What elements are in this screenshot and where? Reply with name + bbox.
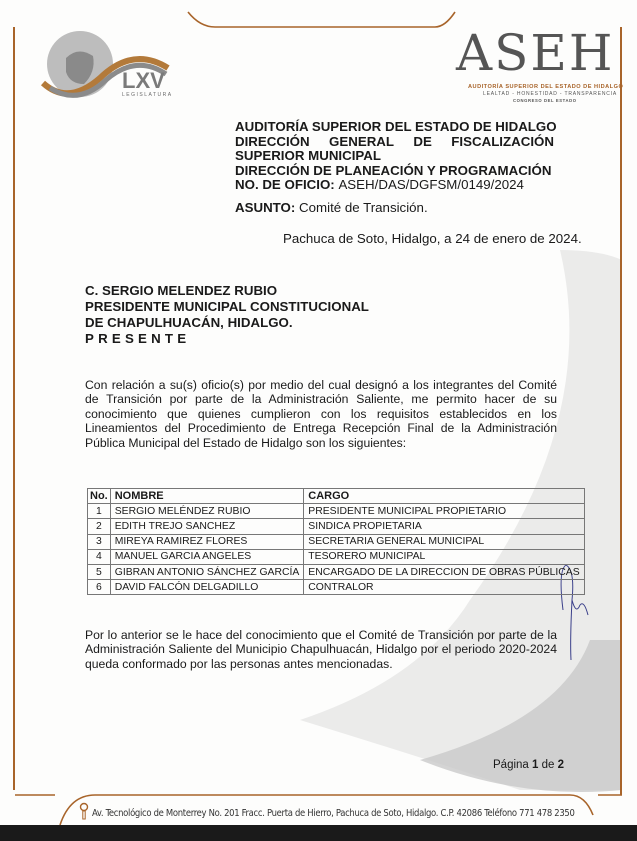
recipient-location: DE CHAPULHUACÁN, HIDALGO. [85,315,369,331]
location-pin-icon [79,802,89,820]
header-word: FISCALIZACIÓN [451,135,554,150]
cell-nombre: DAVID FALCÓN DELGADILLO [110,580,304,595]
cell-cargo: SECRETARIA GENERAL MUNICIPAL [304,534,584,549]
recipient-position: PRESIDENTE MUNICIPAL CONSTITUCIONAL [85,299,369,315]
column-header-nombre: NOMBRE [110,489,304,504]
table-row: 2EDITH TREJO SANCHEZSINDICA PROPIETARIA [88,519,585,534]
cell-no: 1 [88,504,111,519]
recipient-name: C. SERGIO MELENDEZ RUBIO [85,283,369,299]
page-prefix: Página [493,759,529,771]
body-paragraph-2: Por lo anterior se le hace del conocimie… [85,628,557,671]
header-word: GENERAL [329,135,394,150]
svg-text:LEGISLATURA: LEGISLATURA [122,92,173,98]
header-word: DE [413,135,431,150]
table-row: 5GIBRAN ANTONIO SÁNCHEZ GARCÍAENCARGADO … [88,564,585,579]
cell-cargo: ENCARGADO DE LA DIRECCION DE OBRAS PÚBLI… [304,564,584,579]
svg-text:LXV: LXV [122,68,165,93]
frame-right-line [620,27,622,795]
cell-no: 5 [88,564,111,579]
column-header-no: No. [88,489,111,504]
page-sep: de [542,759,555,771]
column-header-cargo: CARGO [304,489,584,504]
oficio-label: NO. DE OFICIO: [235,177,335,192]
aseh-congress: CONGRESO DEL ESTADO [513,98,577,103]
aseh-acronym: ASEH [456,24,614,82]
cell-cargo: SINDICA PROPIETARIA [304,519,584,534]
frame-left-line [13,27,15,790]
oficio-value: ASEH/DAS/DGFSM/0149/2024 [338,177,524,192]
cell-nombre: MIREYA RAMIREZ FLORES [110,534,304,549]
page-total: 2 [558,759,564,771]
recipient-block: C. SERGIO MELENDEZ RUBIO PRESIDENTE MUNI… [85,283,369,347]
header-line-1: AUDITORÍA SUPERIOR DEL ESTADO DE HIDALGO [235,120,554,135]
aseh-name: AUDITORÍA SUPERIOR DEL ESTADO DE HIDALGO [468,84,623,90]
body-paragraph-1: Con relación a su(s) oficio(s) por medio… [85,378,557,450]
asunto-label: ASUNTO: [235,200,295,215]
cell-nombre: MANUEL GARCIA ANGELES [110,549,304,564]
table-header-row: No. NOMBRE CARGO [88,489,585,504]
oficio-number: NO. DE OFICIO: ASEH/DAS/DGFSM/0149/2024 [235,178,554,193]
cell-cargo: CONTRALOR [304,580,584,595]
page-current: 1 [532,759,538,771]
table-row: 6DAVID FALCÓN DELGADILLOCONTRALOR [88,580,585,595]
asunto: ASUNTO: Comité de Transición. [235,200,428,215]
cell-nombre: SERGIO MELÉNDEZ RUBIO [110,504,304,519]
header-line-3: SUPERIOR MUNICIPAL [235,149,554,164]
cell-cargo: TESORERO MUNICIPAL [304,549,584,564]
viewer-bottom-bar [0,825,637,841]
cell-nombre: EDITH TREJO SANCHEZ [110,519,304,534]
cell-no: 3 [88,534,111,549]
cell-nombre: GIBRAN ANTONIO SÁNCHEZ GARCÍA [110,564,304,579]
header-word: DIRECCIÓN [235,135,310,150]
date-line: Pachuca de Soto, Hidalgo, a 24 de enero … [283,231,582,246]
aseh-logo: ASEH AUDITORÍA SUPERIOR DEL ESTADO DE HI… [440,26,615,106]
cell-no: 6 [88,580,111,595]
document-header: AUDITORÍA SUPERIOR DEL ESTADO DE HIDALGO… [235,120,554,193]
cell-cargo: PRESIDENTE MUNICIPAL PROPIETARIO [304,504,584,519]
cell-no: 4 [88,549,111,564]
page-number: Página 1 de 2 [493,759,564,771]
table-row: 1SERGIO MELÉNDEZ RUBIOPRESIDENTE MUNICIP… [88,504,585,519]
asunto-value: Comité de Transición. [299,200,428,215]
cell-no: 2 [88,519,111,534]
header-line-2: DIRECCIÓN GENERAL DE FISCALIZACIÓN [235,135,554,150]
table-row: 4MANUEL GARCIA ANGELESTESORERO MUNICIPAL [88,549,585,564]
lxv-legislatura-logo: LXV LEGISLATURA [38,28,178,106]
footer-address: Av. Tecnológico de Monterrey No. 201 Fra… [92,808,575,819]
committee-members-table: No. NOMBRE CARGO 1SERGIO MELÉNDEZ RUBIOP… [87,488,585,595]
recipient-presente: PRESENTE [85,331,369,347]
header-line-4: DIRECCIÓN DE PLANEACIÓN Y PROGRAMACIÓN [235,164,554,179]
table-row: 3MIREYA RAMIREZ FLORESSECRETARIA GENERAL… [88,534,585,549]
aseh-motto: LEALTAD - HONESTIDAD - TRANSPARENCIA [483,91,617,97]
